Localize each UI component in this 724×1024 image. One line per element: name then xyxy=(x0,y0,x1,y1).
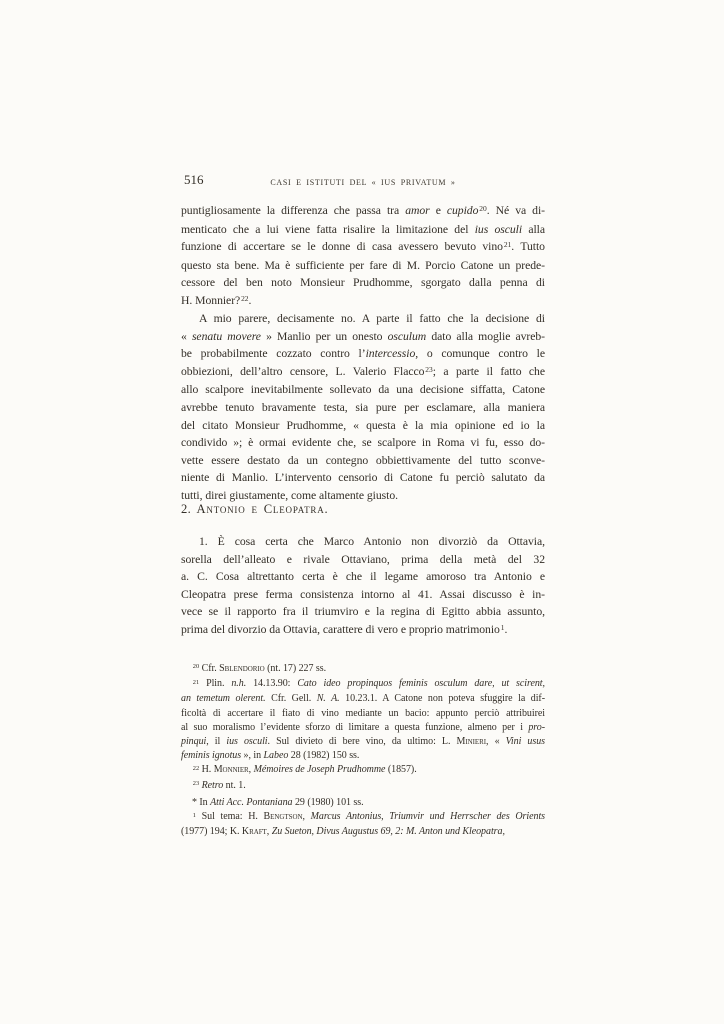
text-line: allo scalpore inevitabilmente sollevato … xyxy=(181,381,545,399)
text-line: 22 H. Monnier, Mémoires de Joseph Prudho… xyxy=(181,763,545,778)
paragraph: puntigliosamente la differenza che passa… xyxy=(181,202,545,310)
footnotes-block-1: 20 Cfr. Sblendorio (nt. 17) 227 ss. 21 P… xyxy=(181,662,545,794)
text-line: H. Monnier?22. xyxy=(181,292,545,311)
text-line: prima del divorzio da Ottavia, carattere… xyxy=(181,621,545,640)
book-page: 516 CASI E ISTITUTI DEL « IUS PRIVATUM »… xyxy=(0,0,724,1024)
text-line: feminis ignotus », in Labeo 28 (1982) 15… xyxy=(181,749,545,763)
text-line: questo sta bene. Ma è sufficiente per fa… xyxy=(181,257,545,275)
text-line: cessore del ben noto Monsieur Prudhomme,… xyxy=(181,274,545,292)
footnote-star: * In Atti Acc. Pontaniana 29 (1980) 101 … xyxy=(181,796,545,810)
text-line: del citato Monsieur Prudhomme, « questa … xyxy=(181,417,545,435)
section-heading: 2. Antonio e Cleopatra. xyxy=(181,502,545,517)
text-line: avrebbe tenuto bravamente testa, sia pur… xyxy=(181,399,545,417)
text-line: 21 Plin. n.h. 14.13.90: Cato ideo propin… xyxy=(181,677,545,692)
footnotes-block-2: * In Atti Acc. Pontaniana 29 (1980) 101 … xyxy=(181,796,545,840)
text-line: A mio parere, decisamente no. A parte il… xyxy=(181,310,545,328)
text-line: al suo moralismo l’evidente sforzo di li… xyxy=(181,721,545,735)
paragraph: A mio parere, decisamente no. A parte il… xyxy=(181,310,545,504)
text-line: 1. È cosa certa che Marco Antonio non di… xyxy=(181,533,545,551)
text-line: puntigliosamente la differenza che passa… xyxy=(181,202,545,221)
text-line: funzione di accertare se le donne di cas… xyxy=(181,238,545,257)
paragraph: 1. È cosa certa che Marco Antonio non di… xyxy=(181,533,545,639)
text-line: Cleopatra prese ferma consistenza intorn… xyxy=(181,586,545,604)
text-line: (1977) 194; K. Kraft, Zu Sueton, Divus A… xyxy=(181,825,545,839)
text-line: be probabilmente cozzato contro l’interc… xyxy=(181,345,545,363)
text-line: menticato che a lui viene fatta risalire… xyxy=(181,221,545,239)
text-line: condivido »; è ormai evidente che, se sc… xyxy=(181,434,545,452)
text-line: * In Atti Acc. Pontaniana 29 (1980) 101 … xyxy=(181,796,545,810)
text-line: niente di Manlio. L’intervento censorio … xyxy=(181,469,545,487)
footnote-20: 20 Cfr. Sblendorio (nt. 17) 227 ss. xyxy=(181,662,545,677)
text-line: 23 Retro nt. 1. xyxy=(181,779,545,794)
footnote-1: 1 Sul tema: H. Bengtson, Marcus Antonius… xyxy=(181,810,545,839)
footnote-21: 21 Plin. n.h. 14.13.90: Cato ideo propin… xyxy=(181,677,545,763)
running-header: CASI E ISTITUTI DEL « IUS PRIVATUM » xyxy=(181,178,545,187)
footnote-22: 22 H. Monnier, Mémoires de Joseph Prudho… xyxy=(181,763,545,778)
text-line: obbiezioni, dell’altro censore, L. Valer… xyxy=(181,363,545,382)
text-line: pinqui, il ius osculi. Sul divieto di be… xyxy=(181,735,545,749)
text-line: a. C. Cosa altrettanto certa è che il le… xyxy=(181,568,545,586)
text-line: vece se il rapporto fra il triumviro e l… xyxy=(181,603,545,621)
text-line: « senatu movere » Manlio per un onesto o… xyxy=(181,328,545,346)
footnote-23: 23 Retro nt. 1. xyxy=(181,779,545,794)
text-line: ficoltà di accertare il fiato di vino me… xyxy=(181,707,545,721)
section-text: 1. È cosa certa che Marco Antonio non di… xyxy=(181,533,545,639)
text-line: 20 Cfr. Sblendorio (nt. 17) 227 ss. xyxy=(181,662,545,677)
body-text: puntigliosamente la differenza che passa… xyxy=(181,202,545,504)
text-line: 1 Sul tema: H. Bengtson, Marcus Antonius… xyxy=(181,810,545,825)
text-line: an temetum olerent. Cfr. Gell. N. A. 10.… xyxy=(181,692,545,706)
text-line: vette essere destato da un contegno obbi… xyxy=(181,452,545,470)
text-line: sorella dell’alleato e rivale Ottaviano,… xyxy=(181,551,545,569)
